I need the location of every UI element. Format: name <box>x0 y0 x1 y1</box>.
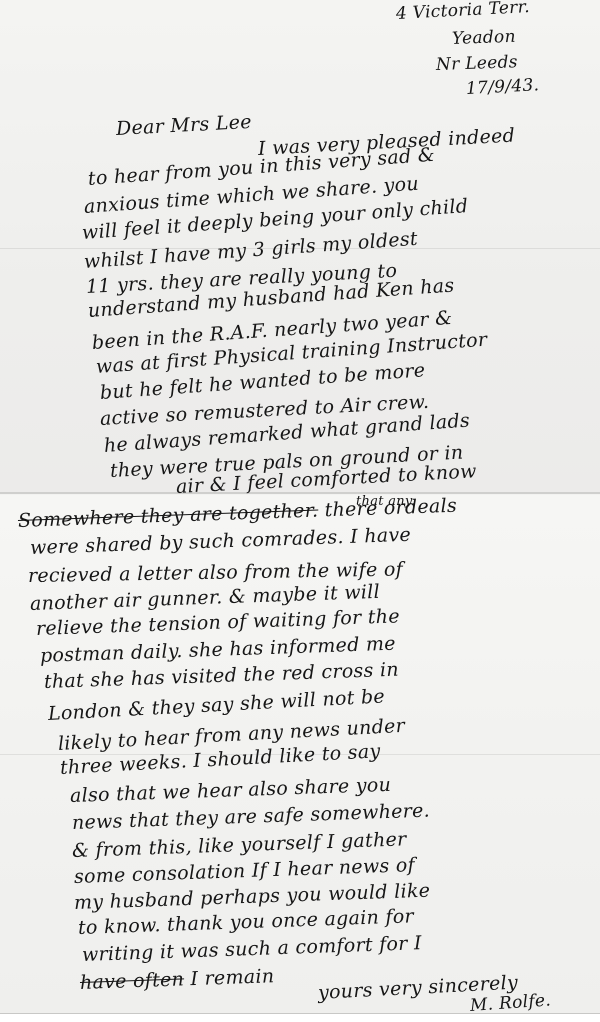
letter-scan: 4 Victoria Terr. Yeadon Nr Leeds 17/9/43… <box>0 0 600 1022</box>
letter-date: 17/9/43. <box>465 75 539 99</box>
address-line-3: Nr Leeds <box>436 52 518 75</box>
struck-text: have often <box>80 968 185 994</box>
line-continuation: I remain <box>184 965 275 990</box>
page-edge <box>0 1013 600 1022</box>
page-fold <box>0 492 600 494</box>
address-line-2: Yeadon <box>452 27 516 49</box>
